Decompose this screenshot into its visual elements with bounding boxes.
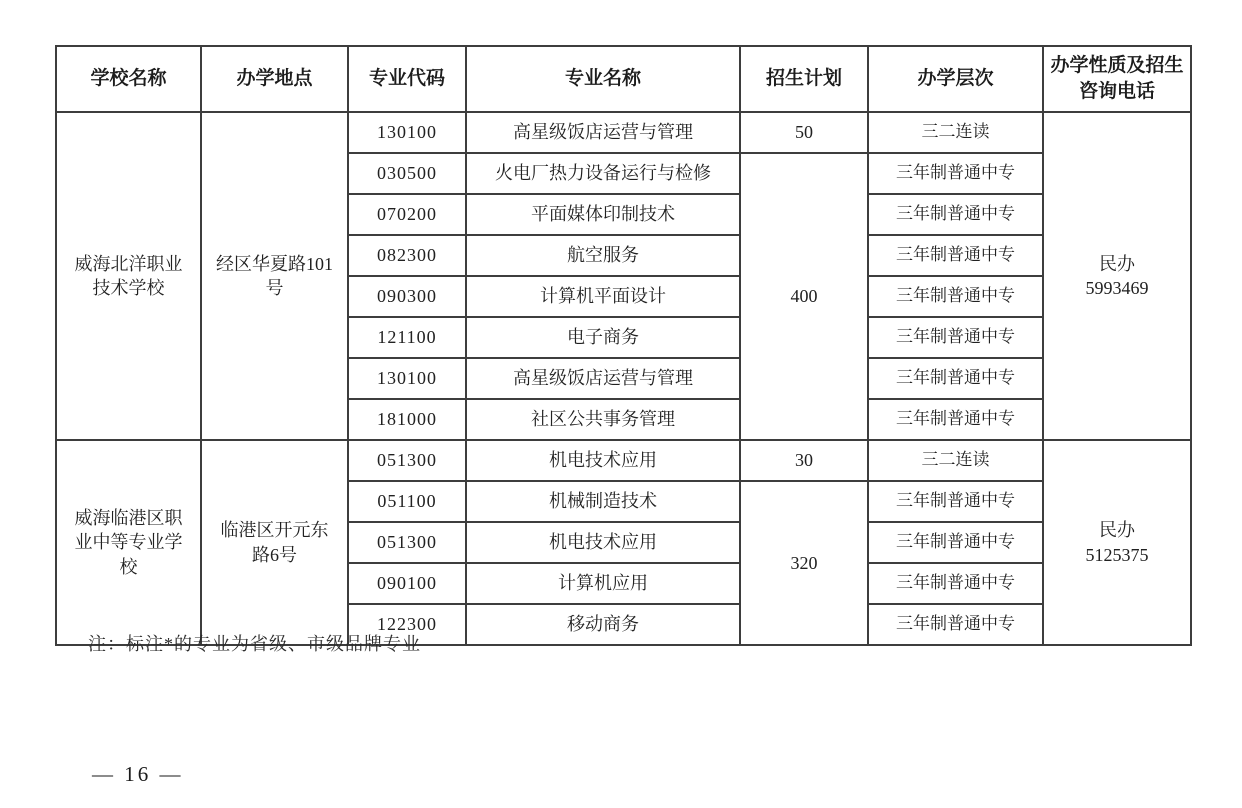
plan-cell-merged: 320 (740, 481, 868, 645)
major-name-cell: 火电厂热力设备运行与检修 (466, 153, 740, 194)
level-cell: 三二连读 (868, 440, 1043, 481)
level-cell: 三年制普通中专 (868, 358, 1043, 399)
document-page: { "table": { "headers": [ "学校名称", "办学地点"… (0, 0, 1242, 808)
school-name-cell: 威海北洋职业技术学校 (56, 112, 201, 440)
column-header-level: 办学层次 (868, 46, 1043, 112)
major-name-cell: 社区公共事务管理 (466, 399, 740, 440)
major-code-cell: 030500 (348, 153, 466, 194)
level-cell: 三年制普通中专 (868, 276, 1043, 317)
major-name-cell: 航空服务 (466, 235, 740, 276)
enrollment-table: 学校名称 办学地点 专业代码 专业名称 招生计划 办学层次 办学性质及招生咨询电… (55, 45, 1192, 646)
table-row: 威海临港区职业中等专业学校 临港区开元东路6号 051300 机电技术应用 30… (56, 440, 1191, 481)
nature-type: 民办 (1048, 518, 1186, 542)
page-number: — 16 — (92, 762, 184, 787)
column-header-plan: 招生计划 (740, 46, 868, 112)
major-code-cell: 090300 (348, 276, 466, 317)
level-cell: 三年制普通中专 (868, 235, 1043, 276)
column-header-location: 办学地点 (201, 46, 348, 112)
major-name-cell: 机电技术应用 (466, 440, 740, 481)
major-name-cell: 电子商务 (466, 317, 740, 358)
column-header-major: 专业名称 (466, 46, 740, 112)
plan-cell-merged: 400 (740, 153, 868, 440)
major-name-cell: 机电技术应用 (466, 522, 740, 563)
major-name-cell: 移动商务 (466, 604, 740, 645)
major-name-cell: 高星级饭店运营与管理 (466, 358, 740, 399)
level-cell: 三年制普通中专 (868, 481, 1043, 522)
column-header-code: 专业代码 (348, 46, 466, 112)
major-code-cell: 130100 (348, 112, 466, 153)
table-row: 威海北洋职业技术学校 经区华夏路101号 130100 高星级饭店运营与管理 5… (56, 112, 1191, 153)
column-header-nature: 办学性质及招生咨询电话 (1043, 46, 1191, 112)
nature-phone: 5993469 (1048, 276, 1186, 300)
major-code-cell: 130100 (348, 358, 466, 399)
header-row: 学校名称 办学地点 专业代码 专业名称 招生计划 办学层次 办学性质及招生咨询电… (56, 46, 1191, 112)
major-code-cell: 070200 (348, 194, 466, 235)
major-name-cell: 计算机应用 (466, 563, 740, 604)
school-location-cell: 临港区开元东路6号 (201, 440, 348, 645)
major-name-cell: 平面媒体印制技术 (466, 194, 740, 235)
level-cell: 三年制普通中专 (868, 604, 1043, 645)
school-name-cell: 威海临港区职业中等专业学校 (56, 440, 201, 645)
major-code-cell: 051300 (348, 440, 466, 481)
nature-phone: 5125375 (1048, 543, 1186, 567)
footnote: 注：标注*的专业为省级、市级品牌专业 (88, 630, 421, 656)
major-code-cell: 051300 (348, 522, 466, 563)
major-code-cell: 121100 (348, 317, 466, 358)
level-cell: 三年制普通中专 (868, 399, 1043, 440)
level-cell: 三年制普通中专 (868, 194, 1043, 235)
level-cell: 三年制普通中专 (868, 522, 1043, 563)
major-code-cell: 090100 (348, 563, 466, 604)
major-code-cell: 082300 (348, 235, 466, 276)
plan-cell: 50 (740, 112, 868, 153)
nature-cell: 民办 5125375 (1043, 440, 1191, 645)
level-cell: 三二连读 (868, 112, 1043, 153)
level-cell: 三年制普通中专 (868, 153, 1043, 194)
major-code-cell: 051100 (348, 481, 466, 522)
major-code-cell: 181000 (348, 399, 466, 440)
school-location-cell: 经区华夏路101号 (201, 112, 348, 440)
column-header-school: 学校名称 (56, 46, 201, 112)
nature-cell: 民办 5993469 (1043, 112, 1191, 440)
level-cell: 三年制普通中专 (868, 317, 1043, 358)
major-name-cell: 机械制造技术 (466, 481, 740, 522)
plan-cell: 30 (740, 440, 868, 481)
major-name-cell: 计算机平面设计 (466, 276, 740, 317)
level-cell: 三年制普通中专 (868, 563, 1043, 604)
nature-type: 民办 (1048, 252, 1186, 276)
major-name-cell: 高星级饭店运营与管理 (466, 112, 740, 153)
